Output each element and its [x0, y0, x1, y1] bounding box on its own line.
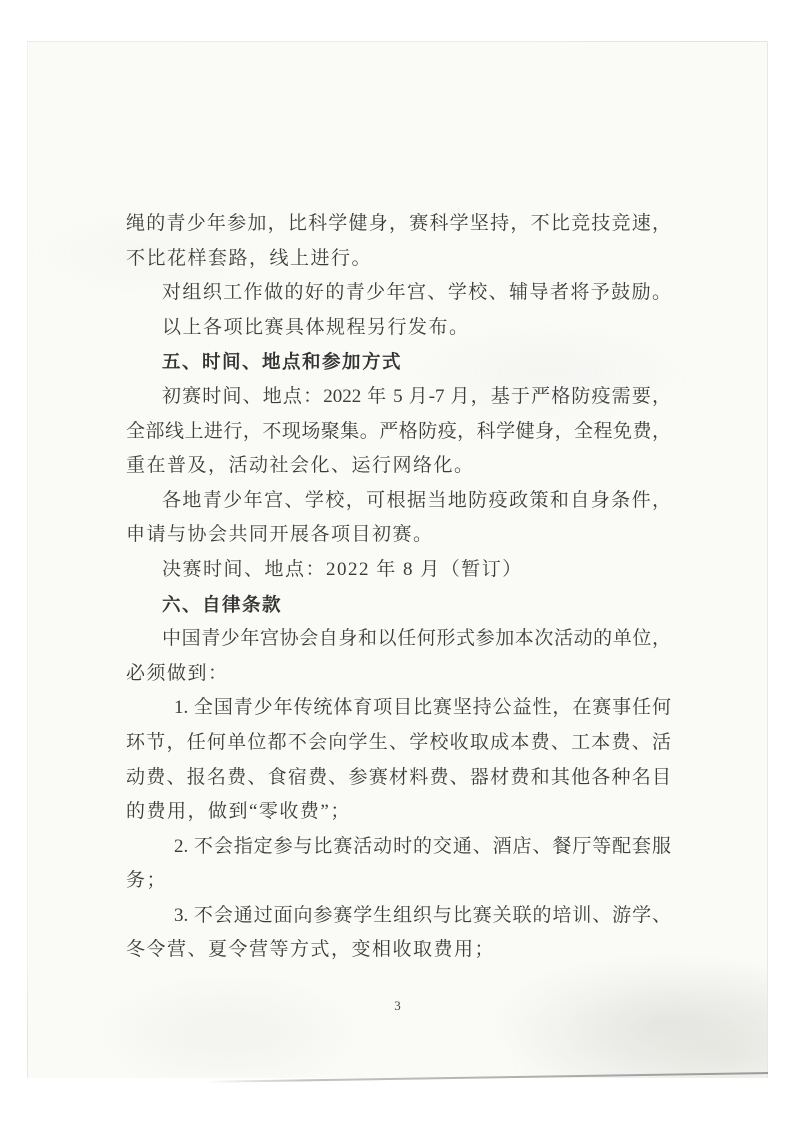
- text-line: 初赛时间、地点：2022 年 5 月-7 月，基于严格防疫需要，: [126, 380, 671, 415]
- text-line: 不比花样套路，线上进行。: [126, 242, 671, 277]
- text-line: 各地青少年宫、学校，可根据当地防疫政策和自身条件，: [126, 484, 671, 519]
- text-line: 以上各项比赛具体规程另行发布。: [126, 311, 671, 346]
- text-line: 中国青少年宫协会自身和以任何形式参加本次活动的单位，: [126, 622, 671, 657]
- page-number: 3: [28, 998, 767, 1014]
- text-line: 的费用，做到“零收费”；: [126, 795, 671, 830]
- document-body-text: 绳的青少年参加，比科学健身，赛科学坚持，不比竞技竞速，不比花样套路，线上进行。对…: [126, 207, 671, 968]
- text-line: 环节，任何单位都不会向学生、学校收取成本费、工本费、活: [126, 726, 671, 761]
- text-line: 必须做到：: [126, 657, 671, 692]
- text-line: 2. 不会指定参与比赛活动时的交通、酒店、餐厅等配套服: [126, 830, 671, 865]
- text-line: 申请与协会共同开展各项目初赛。: [126, 518, 671, 553]
- document-page: 绳的青少年参加，比科学健身，赛科学坚持，不比竞技竞速，不比花样套路，线上进行。对…: [27, 41, 768, 1078]
- text-line: 决赛时间、地点：2022 年 8 月（暂订）: [126, 553, 671, 588]
- section-heading: 五、时间、地点和参加方式: [126, 345, 671, 380]
- text-line: 1. 全国青少年传统体育项目比赛坚持公益性，在赛事任何: [126, 691, 671, 726]
- text-line: 绳的青少年参加，比科学健身，赛科学坚持，不比竞技竞速，: [126, 207, 671, 242]
- section-heading: 六、自律条款: [126, 588, 671, 623]
- text-line: 动费、报名费、食宿费、参赛材料费、器材费和其他各种名目: [126, 761, 671, 796]
- text-line: 全部线上进行，不现场聚集。严格防疫，科学健身，全程免费，: [126, 415, 671, 450]
- text-line: 对组织工作做的好的青少年宫、学校、辅导者将予鼓励。: [126, 276, 671, 311]
- text-line: 务；: [126, 864, 671, 899]
- scanned-document-viewport: 绳的青少年参加，比科学健身，赛科学坚持，不比竞技竞速，不比花样套路，线上进行。对…: [0, 0, 794, 1123]
- text-line: 重在普及，活动社会化、运行网络化。: [126, 449, 671, 484]
- text-line: 冬令营、夏令营等方式，变相收取费用；: [126, 933, 671, 968]
- text-line: 3. 不会通过面向参赛学生组织与比赛关联的培训、游学、: [126, 899, 671, 934]
- scan-bottom-edge: [203, 1072, 768, 1083]
